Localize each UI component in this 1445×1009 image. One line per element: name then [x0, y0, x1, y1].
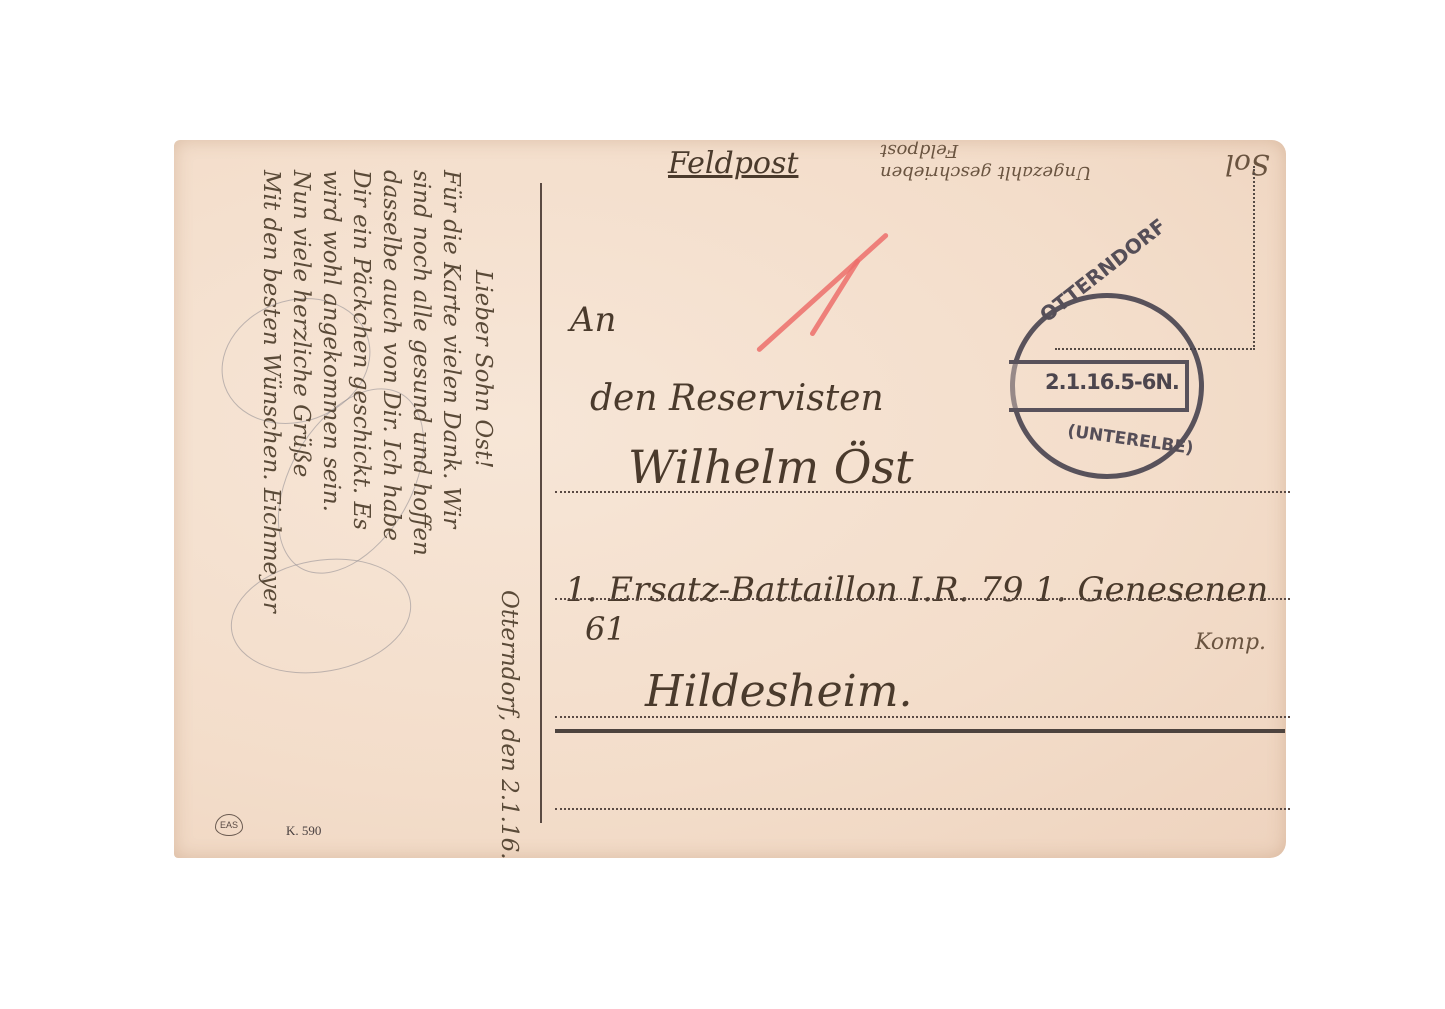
message-line: Dir ein Päckchen geschickt. Es: [348, 170, 374, 530]
address-unit: 1. Ersatz-Battaillon I.R. 79 1. Genesene…: [565, 570, 1268, 610]
message-line: Für die Karte vielen Dank. Wir: [438, 170, 464, 528]
postmark-district: (UNTERELBE): [1066, 421, 1194, 458]
message-line: wird wohl angekommen sein.: [318, 170, 344, 512]
address-unit-number: 61: [585, 610, 626, 648]
message-line: Nun viele herzliche Grüße: [288, 170, 314, 477]
message-place-date: Otterndorf, den 2.1.16.: [496, 590, 522, 860]
address-line-1: [555, 491, 1290, 493]
postmark-date-band: 2.1.16.5-6N.: [1009, 360, 1189, 412]
address-rank: den Reservisten: [590, 378, 884, 419]
publisher-logo: EAS: [215, 814, 243, 836]
message-line: Mit den besten Wünschen. Eichmeyer: [258, 170, 284, 613]
address-name: Wilhelm Öst: [628, 440, 914, 494]
message-line: dasselbe auch von Dir. Ich habe: [378, 170, 404, 541]
feldpost-marking: Feldpost: [668, 146, 798, 181]
card-divider: [540, 183, 542, 823]
address-city: Hildesheim.: [645, 666, 912, 717]
address-line-4: [555, 808, 1290, 810]
postmark-date: 2.1.16.5-6N.: [1045, 370, 1179, 394]
address-line-3: [555, 716, 1290, 718]
address-line-2: [555, 598, 1290, 600]
postmark-cancel: OTTERNDORF 2.1.16.5-6N. (UNTERELBE): [1010, 293, 1204, 479]
censor-note-1: Feldpost: [880, 140, 958, 161]
message-salutation: Lieber Sohn Ost!: [470, 270, 496, 469]
address-salutation: An: [570, 300, 616, 340]
address-company: Komp.: [1195, 630, 1266, 655]
message-line: sind noch alle gesund und hoffen: [408, 170, 434, 556]
address-underline: [555, 729, 1285, 733]
message-area: Otterndorf, den 2.1.16. Lieber Sohn Ost!…: [188, 170, 528, 830]
publisher-code: K. 590: [286, 823, 321, 839]
